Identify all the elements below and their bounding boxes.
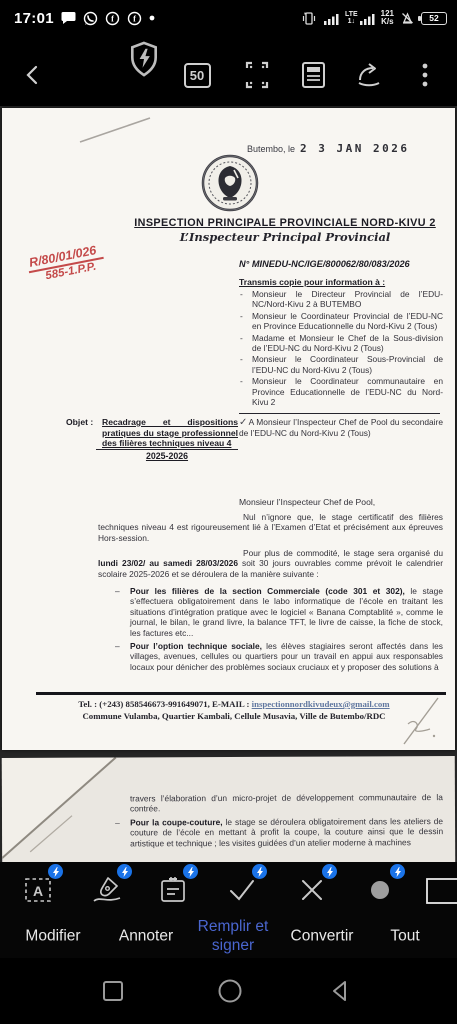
quick-shield-icon[interactable]: [126, 40, 162, 78]
pencil-mark: [62, 112, 172, 146]
share-icon[interactable]: [352, 58, 386, 92]
recents-icon[interactable]: [102, 980, 124, 1002]
list-item: Madame et Monsieur le Chef de la Sous-di…: [239, 333, 443, 354]
continued-text: travers l’élaboration d’un micro-projet …: [130, 792, 443, 814]
chat-bubble-icon: [61, 11, 76, 25]
back-nav-icon[interactable]: [328, 979, 352, 1003]
network-speed: 121K/s: [381, 10, 394, 26]
annotate-pen-button[interactable]: [85, 868, 129, 912]
signal-bars-icon: [323, 12, 339, 25]
svg-text:A: A: [33, 883, 43, 899]
email-link[interactable]: inspectionnordkivudeux@gmail.com: [252, 699, 390, 709]
tab-tout[interactable]: Tout: [390, 927, 419, 946]
document-page-2[interactable]: travers l’élaboration d’un micro-projet …: [2, 756, 455, 862]
bullet-item: Pour la coupe-couture, le stage se dérou…: [130, 816, 443, 849]
premium-badge: [390, 864, 405, 879]
handwritten-reference: R/80/01/026 585-1.P.P.: [26, 244, 106, 285]
back-button[interactable]: [16, 58, 50, 92]
check-tool-button[interactable]: [220, 868, 264, 912]
premium-badge: [183, 864, 198, 879]
org-subtitle: L’Inspecteur Principal Provincial: [120, 230, 450, 244]
objet-block: Objet : Recadrage et dispositions pratiq…: [66, 417, 240, 461]
svg-text:f: f: [111, 13, 114, 23]
list-item: Monsieur le Coordinateur Sous-Provincial…: [239, 354, 443, 375]
form-fill-button[interactable]: [151, 868, 195, 912]
select-text-button[interactable]: A: [16, 868, 60, 912]
lte-signal-icon: LTE1↓: [345, 11, 375, 25]
objet-text: Recadrage et dispositions pratiques du s…: [102, 417, 238, 449]
page-count-badge: 50: [184, 63, 211, 88]
crop-frame-icon[interactable]: [240, 58, 274, 92]
page-count-button[interactable]: 50: [180, 58, 214, 92]
vibrate-icon: [301, 12, 317, 25]
divider-rule: [239, 413, 440, 414]
signature-squiggle: [390, 694, 452, 748]
document-page-1[interactable]: Butembo, le 2 3 JAN 2026 INSPECTION PRIN…: [2, 108, 455, 750]
tab-convertir[interactable]: Convertir: [290, 927, 354, 946]
tab-modifier[interactable]: Modifier: [25, 927, 80, 946]
recipient-block: ✓A Monsieur l’Inspecteur Chef de Pool du…: [239, 417, 443, 439]
tab-annoter[interactable]: Annoter: [119, 927, 173, 946]
org-title: INSPECTION PRINCIPALE PROVINCIALE NORD-K…: [120, 217, 450, 229]
more-menu-icon[interactable]: [408, 58, 442, 92]
svg-text:f: f: [133, 13, 136, 23]
tab-remplir-et-signer[interactable]: Remplir et signer: [190, 917, 276, 955]
android-nav-bar: [0, 958, 457, 1024]
action-tabs: Modifier Annoter Remplir et signer Conve…: [0, 914, 457, 958]
home-icon[interactable]: [217, 978, 243, 1004]
premium-badge: [48, 864, 63, 879]
objet-years: 2025-2026: [96, 449, 238, 461]
premium-badge: [252, 864, 267, 879]
document-viewport[interactable]: Butembo, le 2 3 JAN 2026 INSPECTION PRIN…: [0, 106, 457, 862]
facebook-icon-2: f: [127, 11, 142, 26]
status-bar: 17:01 f f LTE1↓: [0, 0, 457, 36]
transmis-header: Transmis copie pour information à :: [239, 277, 443, 287]
partial-frame-button[interactable]: [425, 868, 457, 912]
transmis-list: Monsieur le Directeur Provincial de l’ED…: [239, 289, 443, 408]
footer-rule: [36, 692, 446, 695]
app-root: 17:01 f f LTE1↓: [0, 0, 457, 1024]
top-toolbar: 50: [0, 36, 457, 106]
document-footer: Tel. : (+243) 858546673-991649071, E-MAI…: [32, 699, 436, 722]
premium-badge: [322, 864, 337, 879]
objet-label: Objet :: [66, 417, 93, 427]
official-seal: [201, 154, 259, 212]
bullet-item: Pour les filières de la section Commerci…: [130, 586, 443, 638]
list-item: Monsieur le Coordinateur Provincial de l…: [239, 311, 443, 332]
bottom-action-bar: A Modifier Annoter Remplir: [0, 862, 457, 958]
reader-view-icon[interactable]: [296, 58, 330, 92]
bullet-list: Pour les filières de la section Commerci…: [98, 586, 443, 675]
list-item: Monsieur le Directeur Provincial de l’ED…: [239, 289, 443, 310]
battery-icon: 52: [421, 12, 447, 25]
dot-tool-button[interactable]: [358, 868, 402, 912]
clock: 17:01: [14, 10, 54, 27]
paragraph: Nul n’ignore que, le stage certificatif …: [98, 512, 443, 543]
page2-body: travers l’élaboration d’un micro-projet …: [98, 792, 443, 852]
reference-number: N° MINEDU-NC/IGE/800062/80/083/2026: [239, 259, 445, 269]
paragraph: Pour plus de commodité, le stage sera or…: [98, 548, 443, 579]
salutation: Monsieur l’Inspecteur Chef de Pool,: [239, 497, 443, 507]
check-annotation: ✓: [239, 417, 248, 428]
cross-tool-button[interactable]: [290, 868, 334, 912]
premium-badge: [117, 864, 132, 879]
date-stamp: 2 3 JAN 2026: [300, 142, 409, 155]
list-item: Monsieur le Coordinateur communautaire e…: [239, 376, 443, 407]
facebook-icon: f: [105, 11, 120, 26]
recipient-text: A Monsieur l’Inspecteur Chef de Pool du …: [239, 417, 443, 438]
mute-alarm-icon: [400, 11, 415, 25]
whatsapp-icon: [83, 11, 98, 26]
date-line: Butembo, le 2 3 JAN 2026: [247, 142, 410, 155]
notification-dot: [149, 15, 155, 21]
bullet-item: Pour l’option technique sociale, les élè…: [130, 641, 443, 672]
